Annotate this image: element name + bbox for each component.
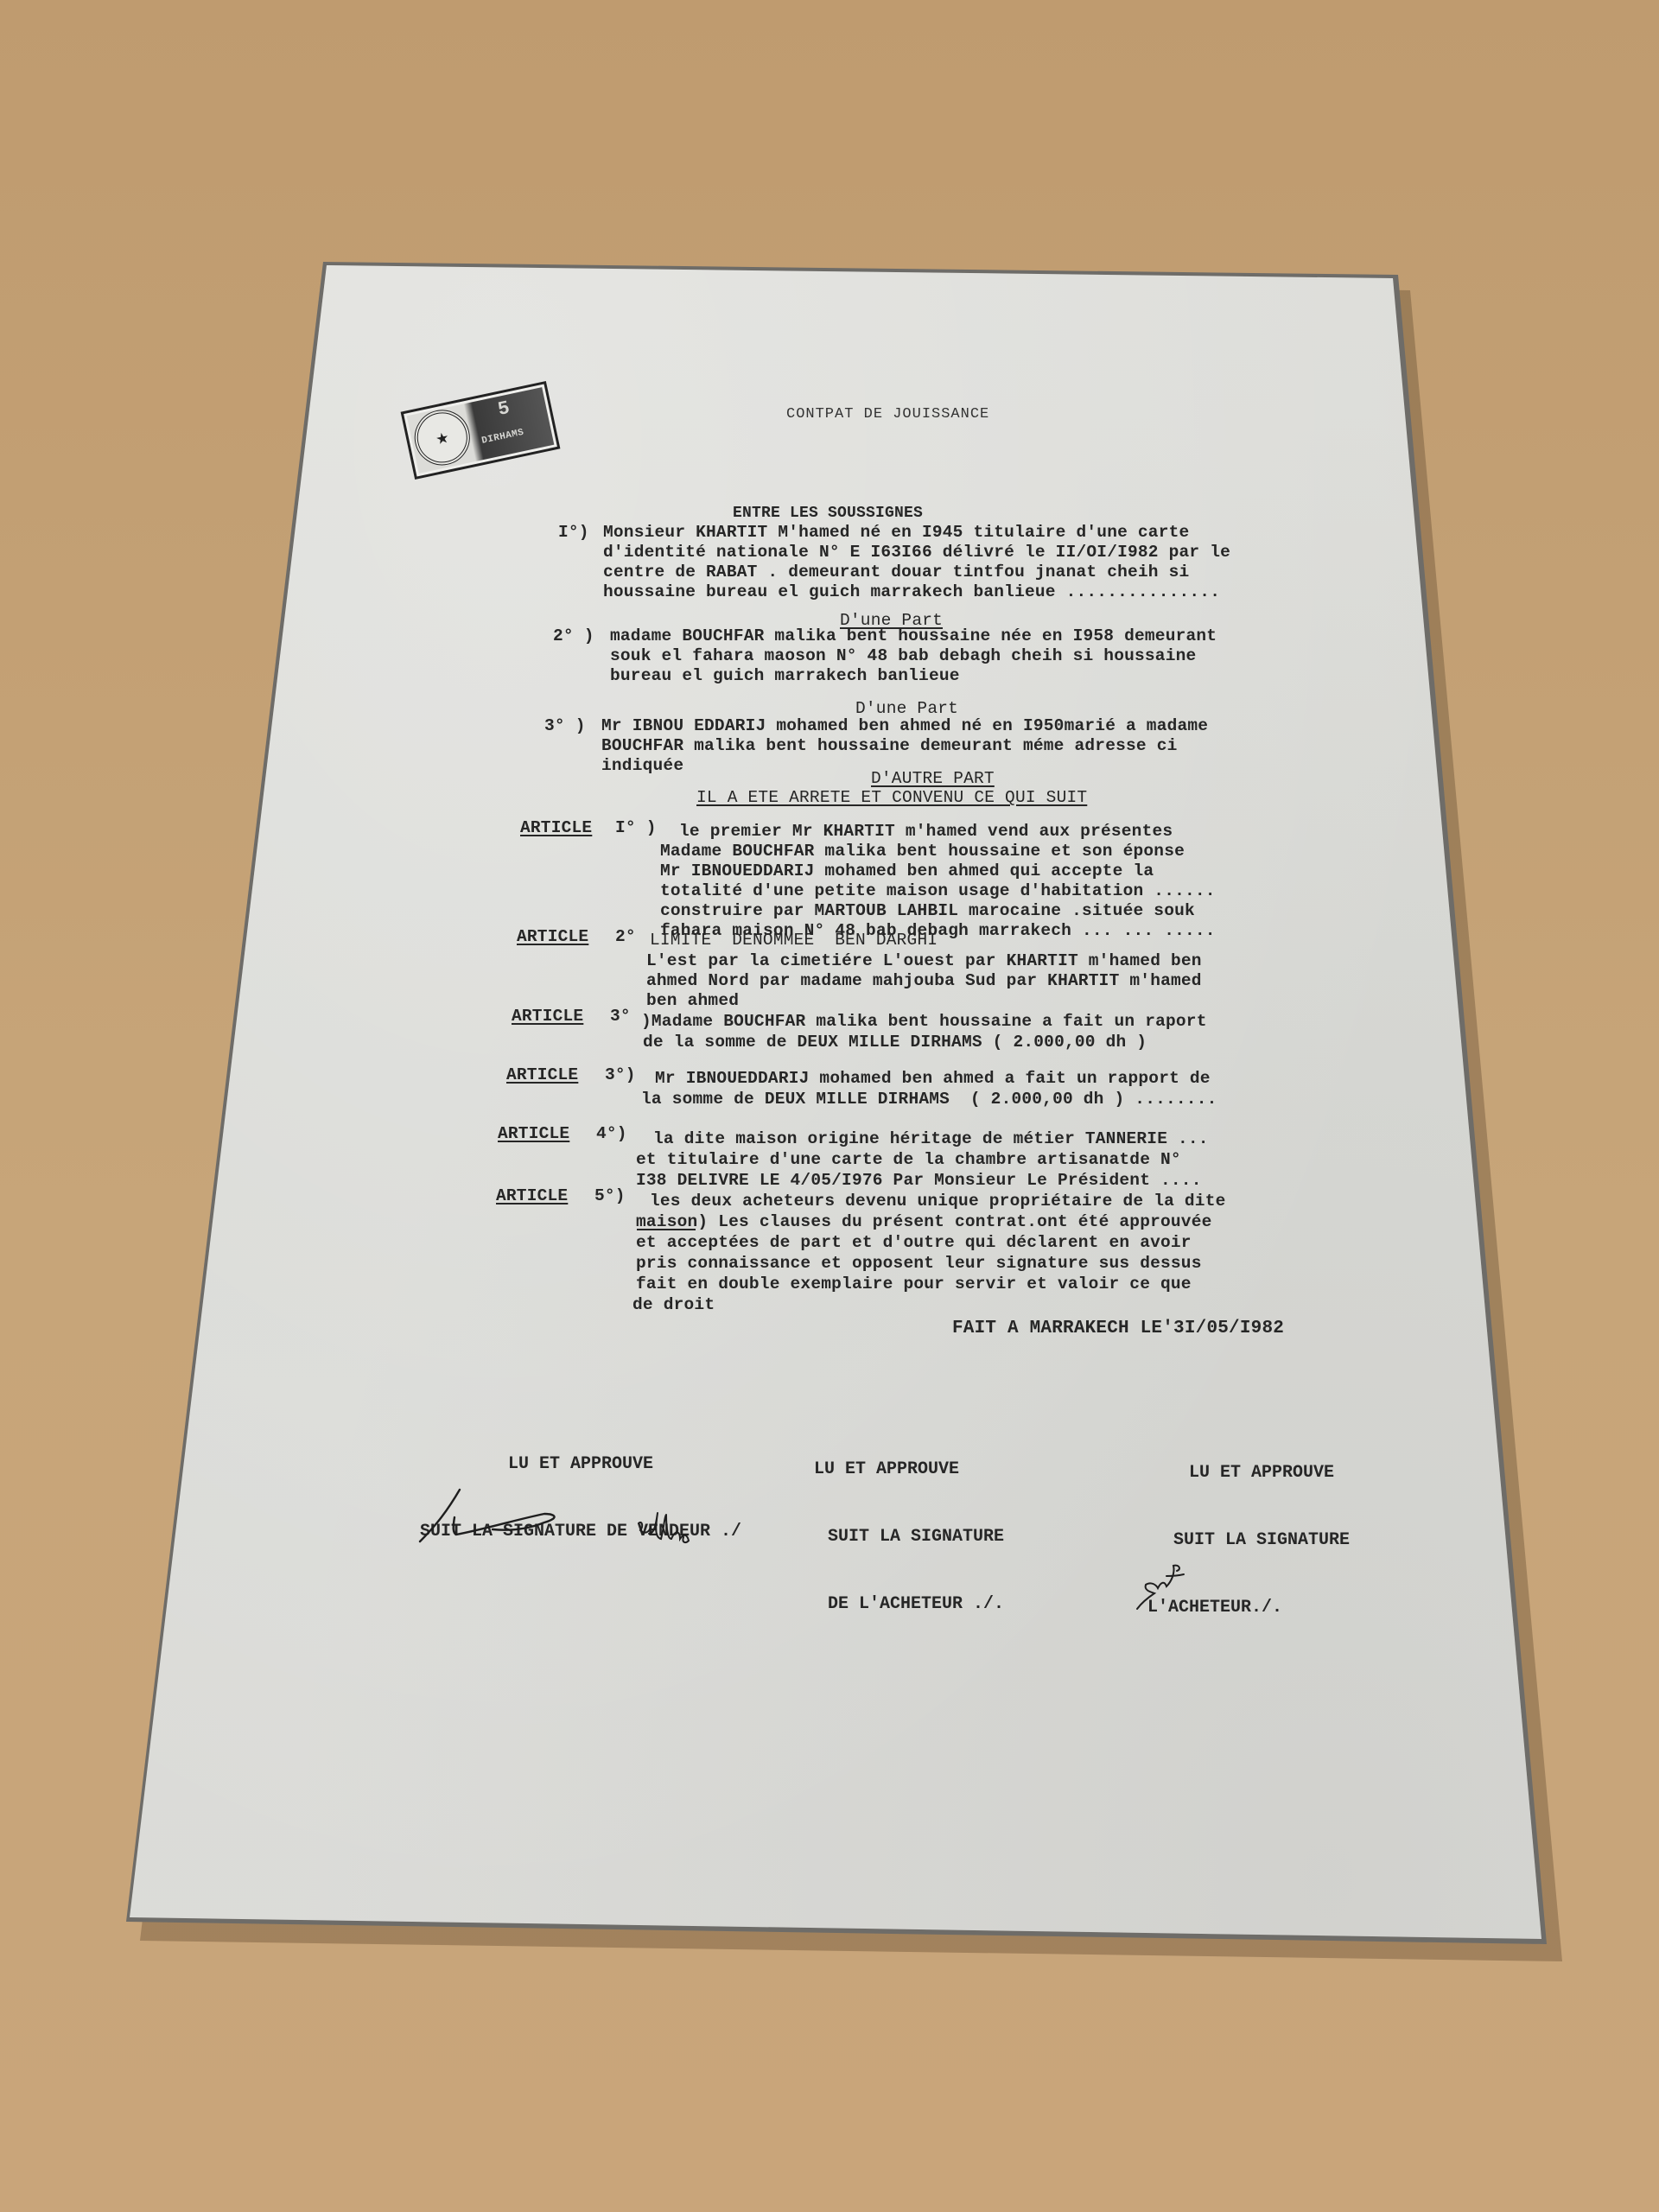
article-line: Mr IBNOUEDDARIJ mohamed ben ahmed qui ac… <box>660 861 1154 881</box>
party2-line: souk el fahara maoson N° 48 bab debagh c… <box>610 645 1196 666</box>
approval-line: LU ET APPROUVE <box>795 1459 1071 1481</box>
article-line: et titulaire d'une carte de la chambre a… <box>636 1149 1181 1170</box>
document-content: ★ 5 DIRHAMS CONTPAT DE JOUISSANCE ENTRE … <box>0 0 1659 2212</box>
approval-line: LU ET APPROUVE <box>1132 1462 1391 1484</box>
party1-line: centre de RABAT . demeurant douar tintfo… <box>603 562 1189 582</box>
article-line: ben ahmed <box>646 990 739 1011</box>
party1-line: houssaine bureau el guich marrakech banl… <box>603 582 1220 602</box>
party2-line: madame BOUCHFAR malika bent houssaine né… <box>610 626 1217 646</box>
article-line: LIMITE DENOMMEE BEN DARGHI <box>650 930 938 950</box>
article-number: 3°) <box>605 1065 636 1085</box>
party1-line: Monsieur KHARTIT M'hamed né en I945 titu… <box>603 522 1189 543</box>
article-line: pris connaissance et opposent leur signa… <box>636 1253 1202 1274</box>
article-number: I° ) <box>615 817 657 838</box>
article-line: de droit <box>632 1294 715 1315</box>
article-number: 4°) <box>596 1123 627 1144</box>
article-line: I38 DELIVRE LE 4/05/I976 Par Monsieur Le… <box>636 1170 1202 1191</box>
article-label: ARTICLE <box>517 926 588 947</box>
article-line: L'est par la cimetiére L'ouest par KHART… <box>646 950 1202 971</box>
document-title: CONTPAT DE JOUISSANCE <box>786 404 989 425</box>
article-line: le premier Mr KHARTIT m'hamed vend aux p… <box>679 821 1173 842</box>
approval-line: LU ET APPROUVE <box>391 1453 771 1476</box>
party3-closing: D'AUTRE PART <box>871 768 995 789</box>
signature-label: DE L'ACHETEUR ./. <box>795 1593 1071 1616</box>
article-number: 2° <box>615 926 636 947</box>
buyer2-signature-icon <box>1132 1547 1270 1616</box>
party2-number: 2° ) <box>553 626 594 646</box>
article-label: ARTICLE <box>496 1185 568 1206</box>
article-line: la somme de DEUX MILLE DIRHAMS ( 2.000,0… <box>641 1089 1217 1109</box>
article-line: construire par MARTOUB LAHBIL marocaine … <box>660 900 1195 921</box>
article-line: totalité d'une petite maison usage d'hab… <box>660 880 1216 901</box>
party2-line: bureau el guich marrakech banlieue <box>610 665 960 686</box>
party3-number: 3° ) <box>544 715 586 736</box>
place-date: FAIT A MARRAKECH LE'3I/05/I982 <box>952 1319 1284 1339</box>
party3-line: BOUCHFAR malika bent houssaine demeurant… <box>601 735 1178 756</box>
article-number: 5°) <box>594 1185 626 1206</box>
buyer1-signature-block: LU ET APPROUVE SUIT LA SIGNATURE DE L'AC… <box>795 1414 1071 1661</box>
article-label: ARTICLE <box>506 1065 578 1085</box>
article-number: 3° <box>610 1006 631 1027</box>
article-line: )Madame BOUCHFAR malika bent houssaine a… <box>641 1011 1207 1032</box>
parties-heading: ENTRE LES SOUSSIGNES <box>733 503 923 524</box>
article-line: fait en double exemplaire pour servir et… <box>636 1274 1192 1294</box>
buyer1-signature-icon <box>635 1508 791 1586</box>
article-line: Madame BOUCHFAR malika bent houssaine et… <box>660 841 1185 861</box>
article-label: ARTICLE <box>520 817 592 838</box>
party3-line: indiquée <box>601 755 683 776</box>
signature-label: SUIT LA SIGNATURE <box>795 1526 1071 1548</box>
article-line: et acceptées de part et d'outre qui décl… <box>636 1232 1192 1253</box>
article-line: les deux acheteurs devenu unique proprié… <box>650 1191 1226 1211</box>
agreement-heading: IL A ETE ARRETE ET CONVENU CE QUI SUIT <box>696 787 1087 808</box>
maison-underline <box>637 1229 696 1230</box>
article-line: ahmed Nord par madame mahjouba Sud par K… <box>646 970 1202 991</box>
article-line: Mr IBNOUEDDARIJ mohamed ben ahmed a fait… <box>655 1068 1211 1089</box>
article-label: ARTICLE <box>512 1006 583 1027</box>
article-line: la dite maison origine héritage de métie… <box>653 1128 1209 1149</box>
party1-line: d'identité nationale N° E I63I66 délivré… <box>603 542 1230 563</box>
article-label: ARTICLE <box>498 1123 569 1144</box>
buyer2-signature-block: LU ET APPROUVE SUIT LA SIGNATURE L'ACHET… <box>1132 1417 1391 1664</box>
article-line: de la somme de DEUX MILLE DIRHAMS ( 2.00… <box>643 1032 1147 1052</box>
party3-line: Mr IBNOU EDDARIJ mohamed ben ahmed né en… <box>601 715 1208 736</box>
article-line: maison) Les clauses du présent contrat.o… <box>636 1211 1212 1232</box>
party1-number: I°) <box>558 522 589 543</box>
vendor-signature-icon <box>415 1486 639 1555</box>
fiscal-stamp: ★ 5 DIRHAMS <box>401 381 561 480</box>
